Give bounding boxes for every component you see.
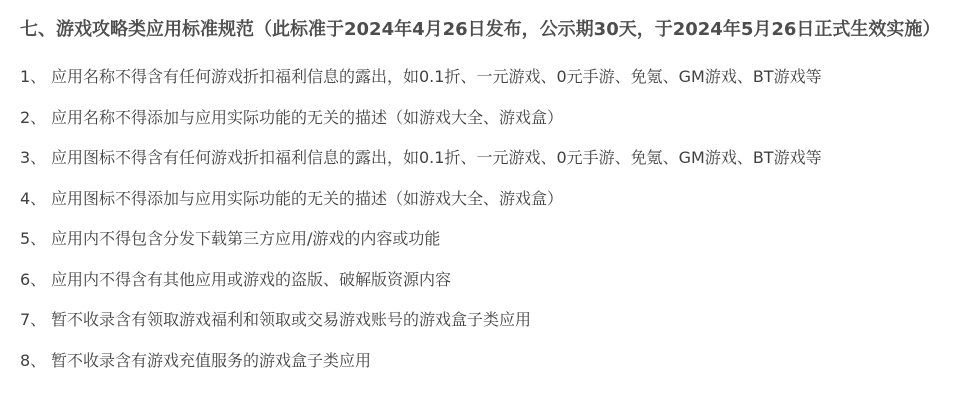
rule-number: 5、: [20, 219, 51, 259]
rule-text: 应用名称不得含有任何游戏折扣福利信息的露出，如0.1折、一元游戏、0元手游、免氪…: [51, 57, 822, 97]
rule-item: 5、 应用内不得包含分发下载第三方应用/游戏的内容或功能: [20, 219, 939, 260]
rule-item: 7、 暂不收录含有领取游戏福利和领取或交易游戏账号的游戏盒子类应用: [20, 300, 939, 341]
rule-number: 7、: [20, 300, 51, 340]
rule-text: 应用名称不得添加与应用实际功能的无关的描述（如游戏大全、游戏盒）: [51, 98, 563, 138]
rule-text: 暂不收录含有领取游戏福利和领取或交易游戏账号的游戏盒子类应用: [51, 300, 531, 340]
rule-item: 4、 应用图标不得添加与应用实际功能的无关的描述（如游戏大全、游戏盒）: [20, 179, 939, 220]
rule-text: 应用图标不得添加与应用实际功能的无关的描述（如游戏大全、游戏盒）: [51, 179, 563, 219]
section-heading: 七、游戏攻略类应用标准规范（此标准于2024年4月26日发布，公示期30天，于2…: [20, 16, 950, 43]
rule-item: 6、 应用内不得含有其他应用或游戏的盗版、破解版资源内容: [20, 260, 939, 301]
rule-text: 暂不收录含有游戏充值服务的游戏盒子类应用: [51, 341, 371, 381]
rule-number: 6、: [20, 260, 51, 300]
rule-number: 3、: [20, 138, 51, 178]
rule-text: 应用图标不得含有任何游戏折扣福利信息的露出，如0.1折、一元游戏、0元手游、免氪…: [51, 138, 822, 178]
rule-number: 8、: [20, 341, 51, 381]
rule-item: 3、 应用图标不得含有任何游戏折扣福利信息的露出，如0.1折、一元游戏、0元手游…: [20, 138, 939, 179]
rule-number: 1、: [20, 57, 51, 97]
rules-list: 1、 应用名称不得含有任何游戏折扣福利信息的露出，如0.1折、一元游戏、0元手游…: [20, 57, 939, 381]
rule-number: 4、: [20, 179, 51, 219]
rule-item: 2、 应用名称不得添加与应用实际功能的无关的描述（如游戏大全、游戏盒）: [20, 98, 939, 139]
rule-item: 8、 暂不收录含有游戏充值服务的游戏盒子类应用: [20, 341, 939, 382]
document-section: 七、游戏攻略类应用标准规范（此标准于2024年4月26日发布，公示期30天，于2…: [0, 0, 959, 381]
rule-number: 2、: [20, 98, 51, 138]
rule-text: 应用内不得含有其他应用或游戏的盗版、破解版资源内容: [51, 260, 451, 300]
rule-text: 应用内不得包含分发下载第三方应用/游戏的内容或功能: [51, 219, 440, 259]
rule-item: 1、 应用名称不得含有任何游戏折扣福利信息的露出，如0.1折、一元游戏、0元手游…: [20, 57, 939, 98]
